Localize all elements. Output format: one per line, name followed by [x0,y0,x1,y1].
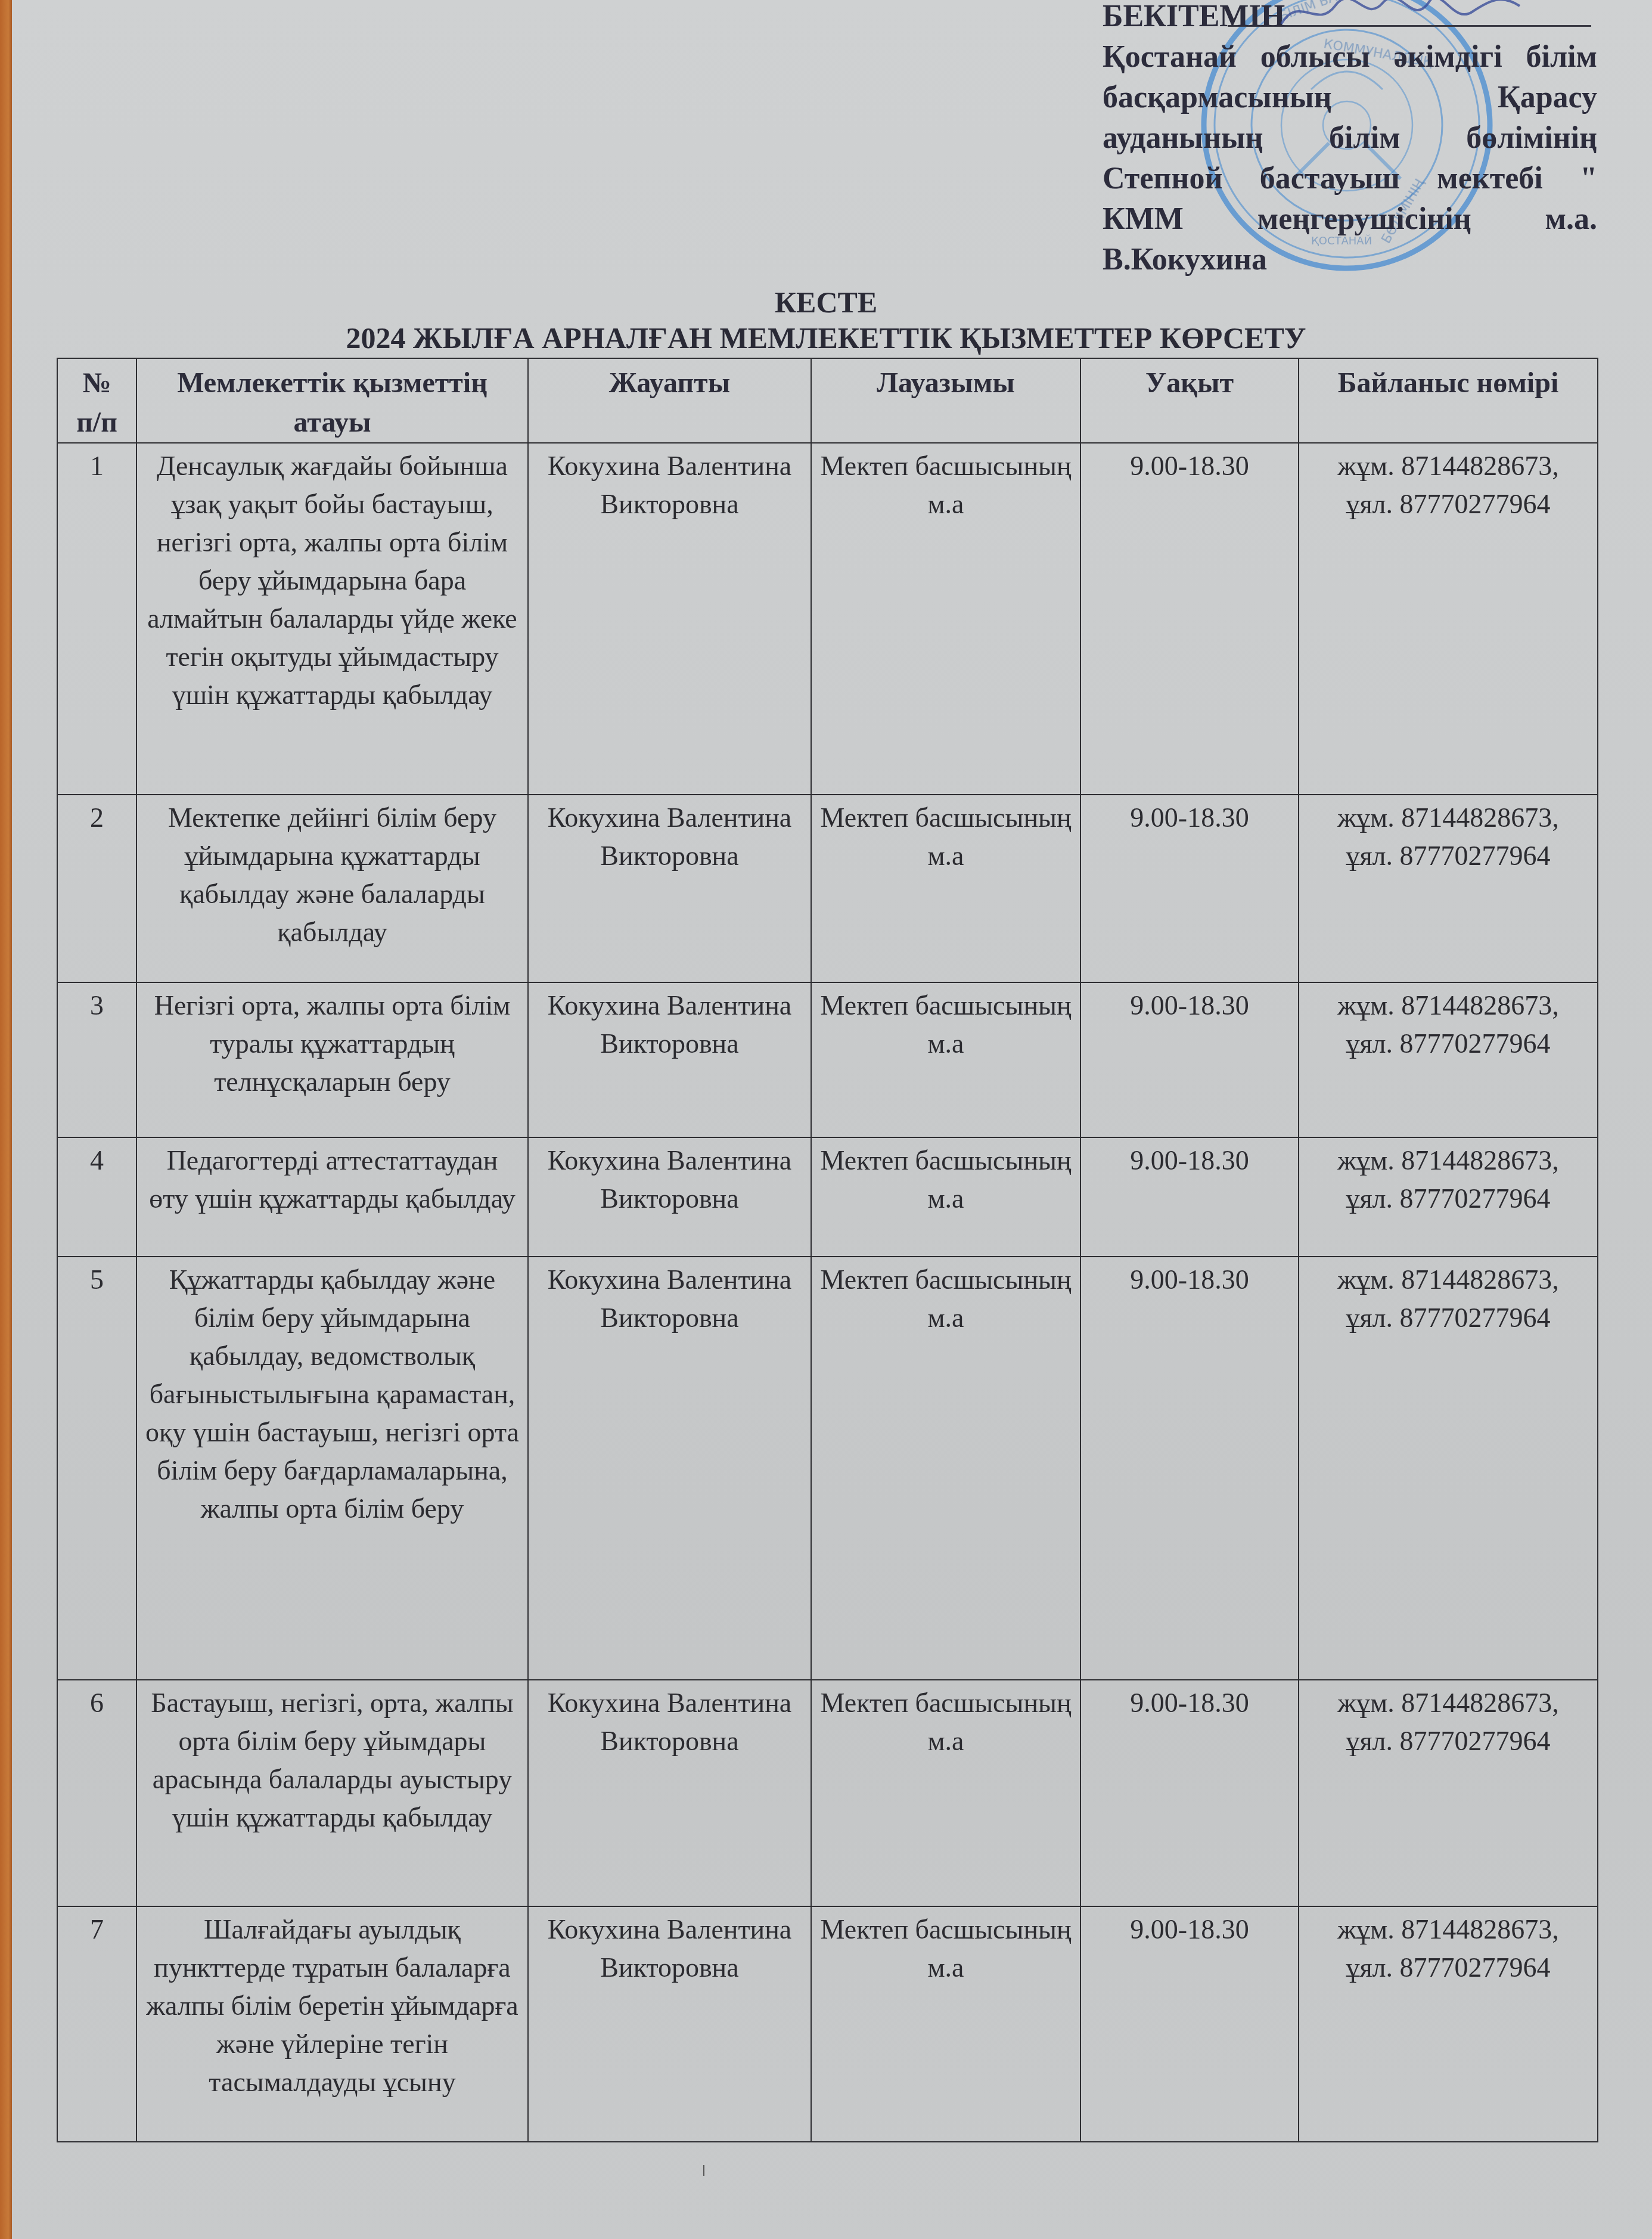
mobile-phone: ұял. 87770277964 [1306,1949,1590,1987]
approval-block: БЕКІТЕМІН Қостанай облысы әкімдігі білім… [1103,0,1597,280]
work-phone: жұм. 87144828673, [1306,1261,1590,1299]
document-title: КЕСТЕ [0,285,1652,320]
header-number-symbol: № [65,364,129,403]
service-name: Педагогтерді аттестаттаудан өту үшін құж… [136,1137,528,1257]
work-phone: жұм. 87144828673, [1306,1142,1590,1180]
table-row: 5 Құжаттарды қабылдау және білім беру ұй… [57,1257,1598,1680]
row-number: 2 [57,795,136,982]
contact-numbers: жұм. 87144828673, ұял. 87770277964 [1299,1137,1598,1257]
mobile-phone: ұял. 87770277964 [1306,1299,1590,1337]
service-name: Бастауыш, негізгі, орта, жалпы орта білі… [136,1680,528,1906]
responsible-person: Кокухина Валентина Викторовна [528,1257,811,1680]
contact-numbers: жұм. 87144828673, ұял. 87770277964 [1299,982,1598,1137]
paper-mark [703,2165,704,2176]
header-service: Мемлекеттік қызметтің атауы [136,358,528,443]
header-contact: Байланыс нөмірі [1299,358,1598,443]
table-row: 2 Мектепке дейінгі білім беру ұйымдарына… [57,795,1598,982]
row-number: 7 [57,1906,136,2142]
responsible-person: Кокухина Валентина Викторовна [528,1680,811,1906]
work-phone: жұм. 87144828673, [1306,799,1590,837]
contact-numbers: жұм. 87144828673, ұял. 87770277964 [1299,443,1598,795]
mobile-phone: ұял. 87770277964 [1306,837,1590,875]
table-row: 7 Шалғайдағы ауылдық пункттерде тұратын … [57,1906,1598,2142]
contact-numbers: жұм. 87144828673, ұял. 87770277964 [1299,1680,1598,1906]
responsible-person: Кокухина Валентина Викторовна [528,795,811,982]
working-hours: 9.00-18.30 [1080,443,1299,795]
header-position: Лауазымы [811,358,1080,443]
contact-numbers: жұм. 87144828673, ұял. 87770277964 [1299,1257,1598,1680]
row-number: 6 [57,1680,136,1906]
table-row: 4 Педагогтерді аттестаттаудан өту үшін қ… [57,1137,1598,1257]
position: Мектеп басшысының м.а [811,1906,1080,2142]
responsible-person: Кокухина Валентина Викторовна [528,1906,811,2142]
working-hours: 9.00-18.30 [1080,982,1299,1137]
table-header-row: № п/п Мемлекеттік қызметтің атауы Жауапт… [57,358,1598,443]
header-number-label: п/п [65,403,129,442]
service-name: Мектепке дейінгі білім беру ұйымдарына қ… [136,795,528,982]
mobile-phone: ұял. 87770277964 [1306,485,1590,523]
service-name: Негізгі орта, жалпы орта білім туралы құ… [136,982,528,1137]
header-responsible: Жауапты [528,358,811,443]
approval-line: ауданының білім бөлімінің [1103,118,1597,159]
service-name: Шалғайдағы ауылдық пункттерде тұратын ба… [136,1906,528,2142]
table-row: 1 Денсаулық жағдайы бойынша ұзақ уақыт б… [57,443,1598,795]
responsible-person: Кокухина Валентина Викторовна [528,982,811,1137]
working-hours: 9.00-18.30 [1080,1137,1299,1257]
work-phone: жұм. 87144828673, [1306,1684,1590,1722]
work-phone: жұм. 87144828673, [1306,447,1590,485]
position: Мектеп басшысының м.а [811,1257,1080,1680]
header-time: Уақыт [1080,358,1299,443]
header-number: № п/п [57,358,136,443]
row-number: 3 [57,982,136,1137]
approval-line: Степной бастауыш мектебі " [1103,159,1597,199]
row-number: 1 [57,443,136,795]
work-phone: жұм. 87144828673, [1306,1911,1590,1949]
contact-numbers: жұм. 87144828673, ұял. 87770277964 [1299,795,1598,982]
position: Мектеп басшысының м.а [811,443,1080,795]
service-name: Денсаулық жағдайы бойынша ұзақ уақыт бой… [136,443,528,795]
approval-line: КММ меңгерушісінің м.а. [1103,199,1597,240]
mobile-phone: ұял. 87770277964 [1306,1025,1590,1063]
signature-icon [1275,0,1526,36]
row-number: 5 [57,1257,136,1680]
approval-line: Қостанай облысы әкімдігі білім [1103,37,1597,77]
document-subtitle: 2024 ЖЫЛҒА АРНАЛҒАН МЕМЛЕКЕТТІК ҚЫЗМЕТТЕ… [0,321,1652,355]
position: Мектеп басшысының м.а [811,982,1080,1137]
working-hours: 9.00-18.30 [1080,795,1299,982]
working-hours: 9.00-18.30 [1080,1257,1299,1680]
working-hours: 9.00-18.30 [1080,1906,1299,2142]
mobile-phone: ұял. 87770277964 [1306,1722,1590,1760]
services-table: № п/п Мемлекеттік қызметтің атауы Жауапт… [57,358,1597,2142]
responsible-person: Кокухина Валентина Викторовна [528,443,811,795]
table-row: 3 Негізгі орта, жалпы орта білім туралы … [57,982,1598,1137]
service-name: Құжаттарды қабылдау және білім беру ұйым… [136,1257,528,1680]
work-phone: жұм. 87144828673, [1306,987,1590,1025]
approval-line: басқармасының Қарасу [1103,77,1597,118]
contact-numbers: жұм. 87144828673, ұял. 87770277964 [1299,1906,1598,2142]
working-hours: 9.00-18.30 [1080,1680,1299,1906]
approval-signer: В.Кокухина [1103,240,1597,280]
row-number: 4 [57,1137,136,1257]
responsible-person: Кокухина Валентина Викторовна [528,1137,811,1257]
position: Мектеп басшысының м.а [811,795,1080,982]
position: Мектеп басшысының м.а [811,1680,1080,1906]
position: Мектеп басшысының м.а [811,1137,1080,1257]
table-row: 6 Бастауыш, негізгі, орта, жалпы орта бі… [57,1680,1598,1906]
mobile-phone: ұял. 87770277964 [1306,1180,1590,1218]
